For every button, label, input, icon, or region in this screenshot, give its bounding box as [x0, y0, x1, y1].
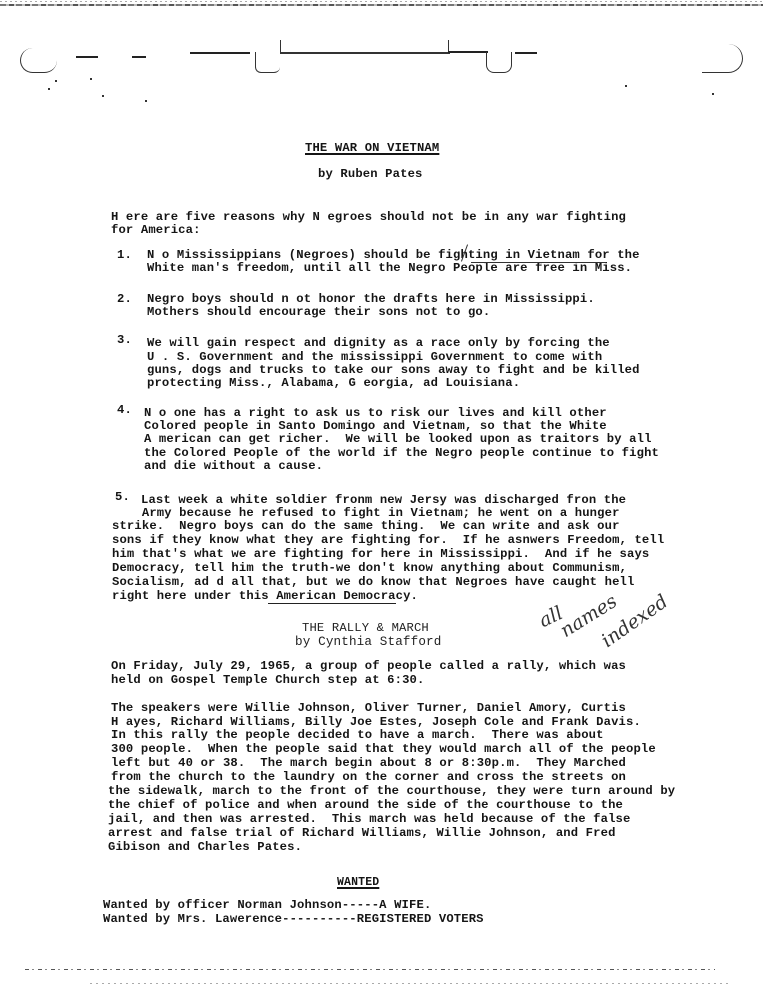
scan-edge-top-dotted [0, 1, 763, 2]
paragraph-line: held on Gospel Temple Church step at 6:3… [111, 674, 424, 688]
reason-number: 4. [117, 404, 132, 418]
reason-line: Mothers should encourage their sons not … [147, 306, 490, 320]
reason-line: him that's what we are fighting for here… [112, 548, 649, 562]
article-title: THE WAR ON VIETNAM [305, 142, 439, 156]
reason-line: sons if they know what they are fighting… [112, 534, 664, 548]
reason-line: Socialism, ad d all that, but we do know… [112, 576, 634, 590]
paragraph-line: jail, and then was arrested. This march … [108, 813, 630, 827]
paragraph-line: Gibison and Charles Pates. [108, 841, 302, 855]
underline-american-democracy [268, 603, 396, 604]
wanted-line: Wanted by officer Norman Johnson-----A W… [103, 899, 431, 913]
scan-edge-bottom-dotted [90, 983, 730, 984]
handwritten-underline [471, 262, 606, 263]
paragraph-line: left but 40 or 38. The march begin about… [111, 757, 626, 771]
paragraph-line: arrest and false trial of Richard Willia… [108, 827, 616, 841]
reason-number: 3. [117, 334, 132, 348]
reason-line: We will gain respect and dignity as a ra… [147, 337, 610, 351]
paragraph-line: On Friday, July 29, 1965, a group of peo… [111, 660, 626, 674]
reason-line: and die without a cause. [144, 460, 323, 474]
article-title: THE RALLY & MARCH [302, 622, 429, 636]
reason-line: A merican can get richer. We will be loo… [144, 433, 652, 447]
reason-line: right here under this American Democracy… [112, 590, 418, 604]
paragraph-line: The speakers were Willie Johnson, Oliver… [111, 702, 626, 716]
article-byline: by Cynthia Stafford [295, 636, 441, 650]
scan-edge-bottom [25, 969, 715, 970]
wanted-title: WANTED [337, 876, 379, 890]
reason-number: 1. [117, 249, 132, 263]
paragraph-line: 300 people. When the people said that th… [111, 743, 656, 757]
paragraph-line: In this rally the people decided to have… [111, 729, 604, 743]
paragraph-line: from the church to the laundry on the co… [111, 771, 626, 785]
reason-line: strike. Negro boys can do the same thing… [112, 520, 620, 534]
reason-number: 5. [115, 491, 130, 505]
paragraph-line: the sidewalk, march to the front of the … [108, 785, 675, 799]
article-byline: by Ruben Pates [318, 168, 423, 182]
paragraph-line: the chief of police and when around the … [108, 799, 623, 813]
intro-line: for America: [111, 224, 201, 238]
reason-line: protecting Miss., Alabama, G eorgia, ad … [147, 377, 520, 391]
scanned-document-page: THE WAR ON VIETNAM by Ruben Pates H ere … [0, 0, 763, 990]
scan-edge-top [0, 4, 763, 6]
reason-line: Democracy, tell him the truth-we don't k… [112, 562, 627, 576]
reason-number: 2. [117, 293, 132, 307]
reason-line: White man's freedom, until all the Negro… [147, 262, 632, 276]
wanted-line: Wanted by Mrs. Lawerence----------REGIST… [103, 913, 484, 927]
